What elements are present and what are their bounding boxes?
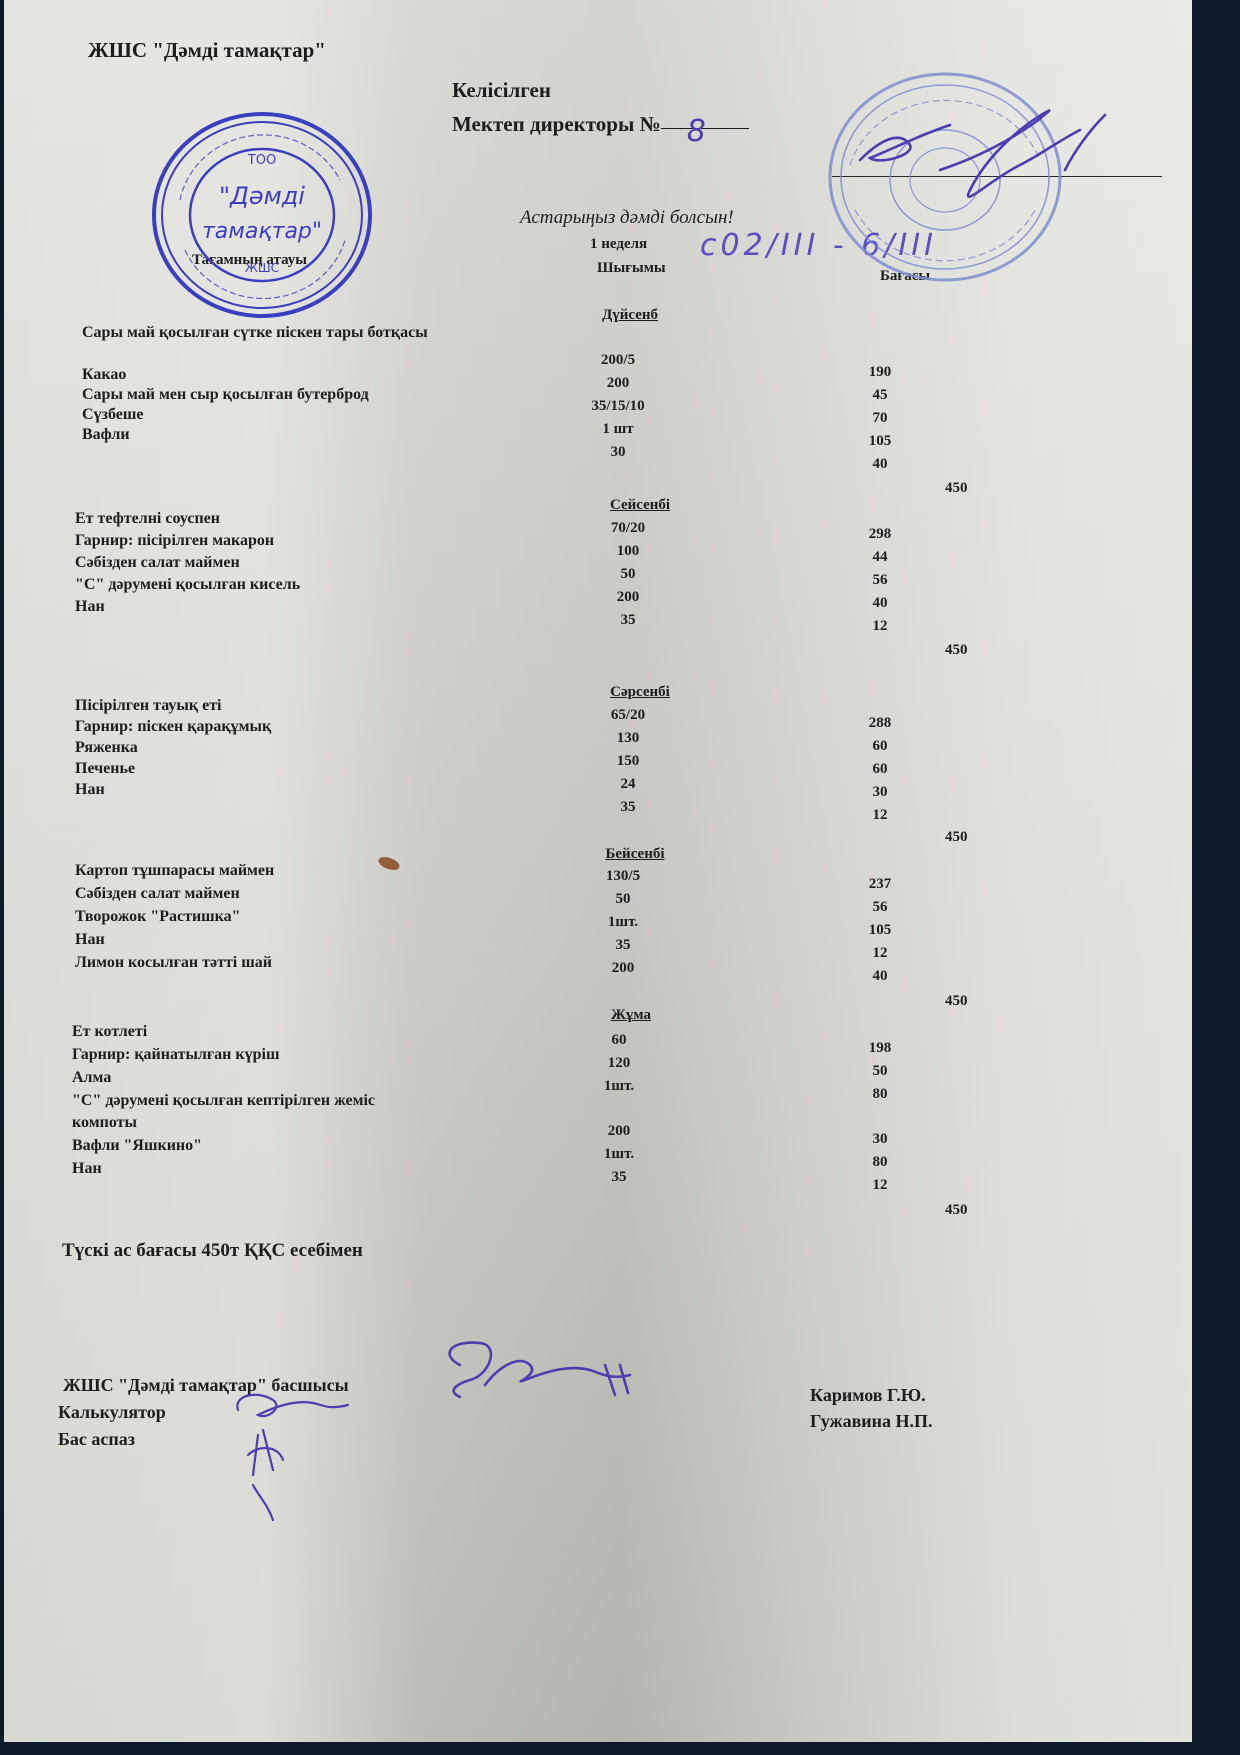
day-total: 450 <box>945 480 968 497</box>
dish-output: 200/5 <box>573 352 663 369</box>
dish-price: 105 <box>855 922 905 939</box>
day-heading: Сәрсенбі <box>585 684 695 701</box>
dish-name: Нан <box>75 596 435 618</box>
dish-price: 80 <box>855 1154 905 1171</box>
dish-output: 35 <box>574 1169 664 1186</box>
dish-output: 35 <box>583 612 673 629</box>
day-heading: Бейсенбі <box>580 846 690 863</box>
dish-price: 12 <box>855 618 905 635</box>
column-header-output: Шығымы <box>597 260 666 277</box>
dish-output: 65/20 <box>583 707 673 724</box>
handwritten-dates: с02/III - 6/III <box>700 228 937 263</box>
dish-name: Сары май қосылған сүтке піскен тары ботқ… <box>82 322 442 344</box>
dish-price: 237 <box>855 876 905 893</box>
signatory-role-head: ЖШС "Дәмді тамақтар" басшысы <box>63 1375 349 1396</box>
dish-name: Сүзбеше <box>82 404 442 426</box>
dish-output: 50 <box>583 566 673 583</box>
dish-output: 30 <box>573 444 663 461</box>
dish-output: 100 <box>583 543 673 560</box>
dish-price: 198 <box>855 1040 905 1057</box>
dish-name: Гарнир: қайнатылған күріш <box>72 1044 432 1066</box>
dish-price: 80 <box>855 1086 905 1103</box>
dish-name: Вафли "Яшкино" <box>72 1135 432 1157</box>
dish-price: 12 <box>855 945 905 962</box>
dish-output: 150 <box>583 753 673 770</box>
dish-name: "С" дәрумені қосылған кептірілген жеміс … <box>72 1090 432 1134</box>
dish-output: 120 <box>574 1055 664 1072</box>
dish-price: 56 <box>855 572 905 589</box>
dish-output: 200 <box>573 375 663 392</box>
column-header-price: Бағасы <box>880 268 930 285</box>
day-total: 450 <box>945 642 968 659</box>
day-total: 450 <box>945 1202 968 1219</box>
school-number-handwritten: 8 <box>687 114 706 149</box>
dish-price: 40 <box>855 595 905 612</box>
dish-output: 1шт. <box>574 1146 664 1163</box>
dish-price: 40 <box>855 968 905 985</box>
signatory-name-calculator: Гужавина Н.П. <box>810 1411 933 1432</box>
dish-price: 40 <box>855 456 905 473</box>
dish-name: Творожок "Растишка" <box>75 906 435 928</box>
approved-label: Келісілген <box>452 78 551 103</box>
dish-name: Сәбізден салат маймен <box>75 552 435 574</box>
dish-name: Пісірілген тауық еті <box>75 695 435 717</box>
dish-price: 288 <box>855 715 905 732</box>
dish-price: 298 <box>855 526 905 543</box>
dish-price: 60 <box>855 761 905 778</box>
dish-name: Ряженка <box>75 737 435 759</box>
dish-name: "С" дәрумені қосылған кисель <box>75 574 435 596</box>
company-name: ЖШС "Дәмді тамақтар" <box>88 38 326 63</box>
dish-price: 105 <box>855 433 905 450</box>
vat-note: Түскі ас бағасы 450т ҚҚС есебімен <box>62 1240 363 1262</box>
dish-output: 35/15/10 <box>573 398 663 415</box>
dish-price: 44 <box>855 549 905 566</box>
dish-price: 190 <box>855 364 905 381</box>
dish-output: 50 <box>578 891 668 908</box>
dish-output: 200 <box>574 1123 664 1140</box>
dish-price: 30 <box>855 1131 905 1148</box>
dish-output: 130/5 <box>578 868 668 885</box>
dish-name: Какао <box>82 364 442 386</box>
dish-name: Вафли <box>82 424 442 446</box>
dish-output: 200 <box>583 589 673 606</box>
dish-output: 24 <box>583 776 673 793</box>
dish-output: 200 <box>578 960 668 977</box>
dish-name: Нан <box>75 779 435 801</box>
dish-output: 35 <box>583 799 673 816</box>
dish-price: 56 <box>855 899 905 916</box>
dish-name: Нан <box>72 1158 432 1180</box>
day-total: 450 <box>945 993 968 1010</box>
signatory-role-chef: Бас аспаз <box>58 1429 135 1450</box>
dish-price: 12 <box>855 807 905 824</box>
dish-name: Гарнир: піскен қарақұмық <box>75 716 435 738</box>
column-header-name: Тағамның атауы <box>192 252 307 269</box>
dish-name: Сары май мен сыр қосылған бутерброд <box>82 384 442 406</box>
dish-price: 70 <box>855 410 905 427</box>
signatory-role-calculator: Калькулятор <box>58 1402 166 1423</box>
dish-name: Лимон косылған тәтті шай <box>75 952 435 974</box>
dish-price: 50 <box>855 1063 905 1080</box>
dish-name: Алма <box>72 1067 432 1089</box>
dish-name: Гарнир: пісірілген макарон <box>75 530 435 552</box>
dish-output: 35 <box>578 937 668 954</box>
day-heading: Сейсенбі <box>585 497 695 514</box>
dish-output: 1шт. <box>578 914 668 931</box>
dish-name: Ет тефтелні соуспен <box>75 508 435 530</box>
director-label: Мектеп директоры № 8 <box>452 112 749 137</box>
dish-price: 30 <box>855 784 905 801</box>
director-label-text: Мектеп директоры № <box>452 112 661 136</box>
day-total: 450 <box>945 829 968 846</box>
dish-name: Печенье <box>75 758 435 780</box>
signatory-name-head: Каримов Г.Ю. <box>810 1385 926 1406</box>
dish-name: Сәбізден салат маймен <box>75 883 435 905</box>
dish-price: 60 <box>855 738 905 755</box>
dish-name: Ет котлеті <box>72 1021 432 1043</box>
dish-price: 45 <box>855 387 905 404</box>
dish-output: 1 шт <box>573 421 663 438</box>
day-heading: Дүйсенб <box>575 307 685 324</box>
slogan: Астарыңыз дәмді болсын! <box>520 207 734 229</box>
dish-name: Нан <box>75 929 435 951</box>
dish-output: 130 <box>583 730 673 747</box>
day-heading: Жұма <box>576 1007 686 1024</box>
dish-price: 12 <box>855 1177 905 1194</box>
dish-output: 70/20 <box>583 520 673 537</box>
director-signature-line <box>832 176 1162 177</box>
dish-output: 1шт. <box>574 1078 664 1095</box>
dish-output: 60 <box>574 1032 664 1049</box>
week-label: 1 неделя <box>590 236 647 253</box>
